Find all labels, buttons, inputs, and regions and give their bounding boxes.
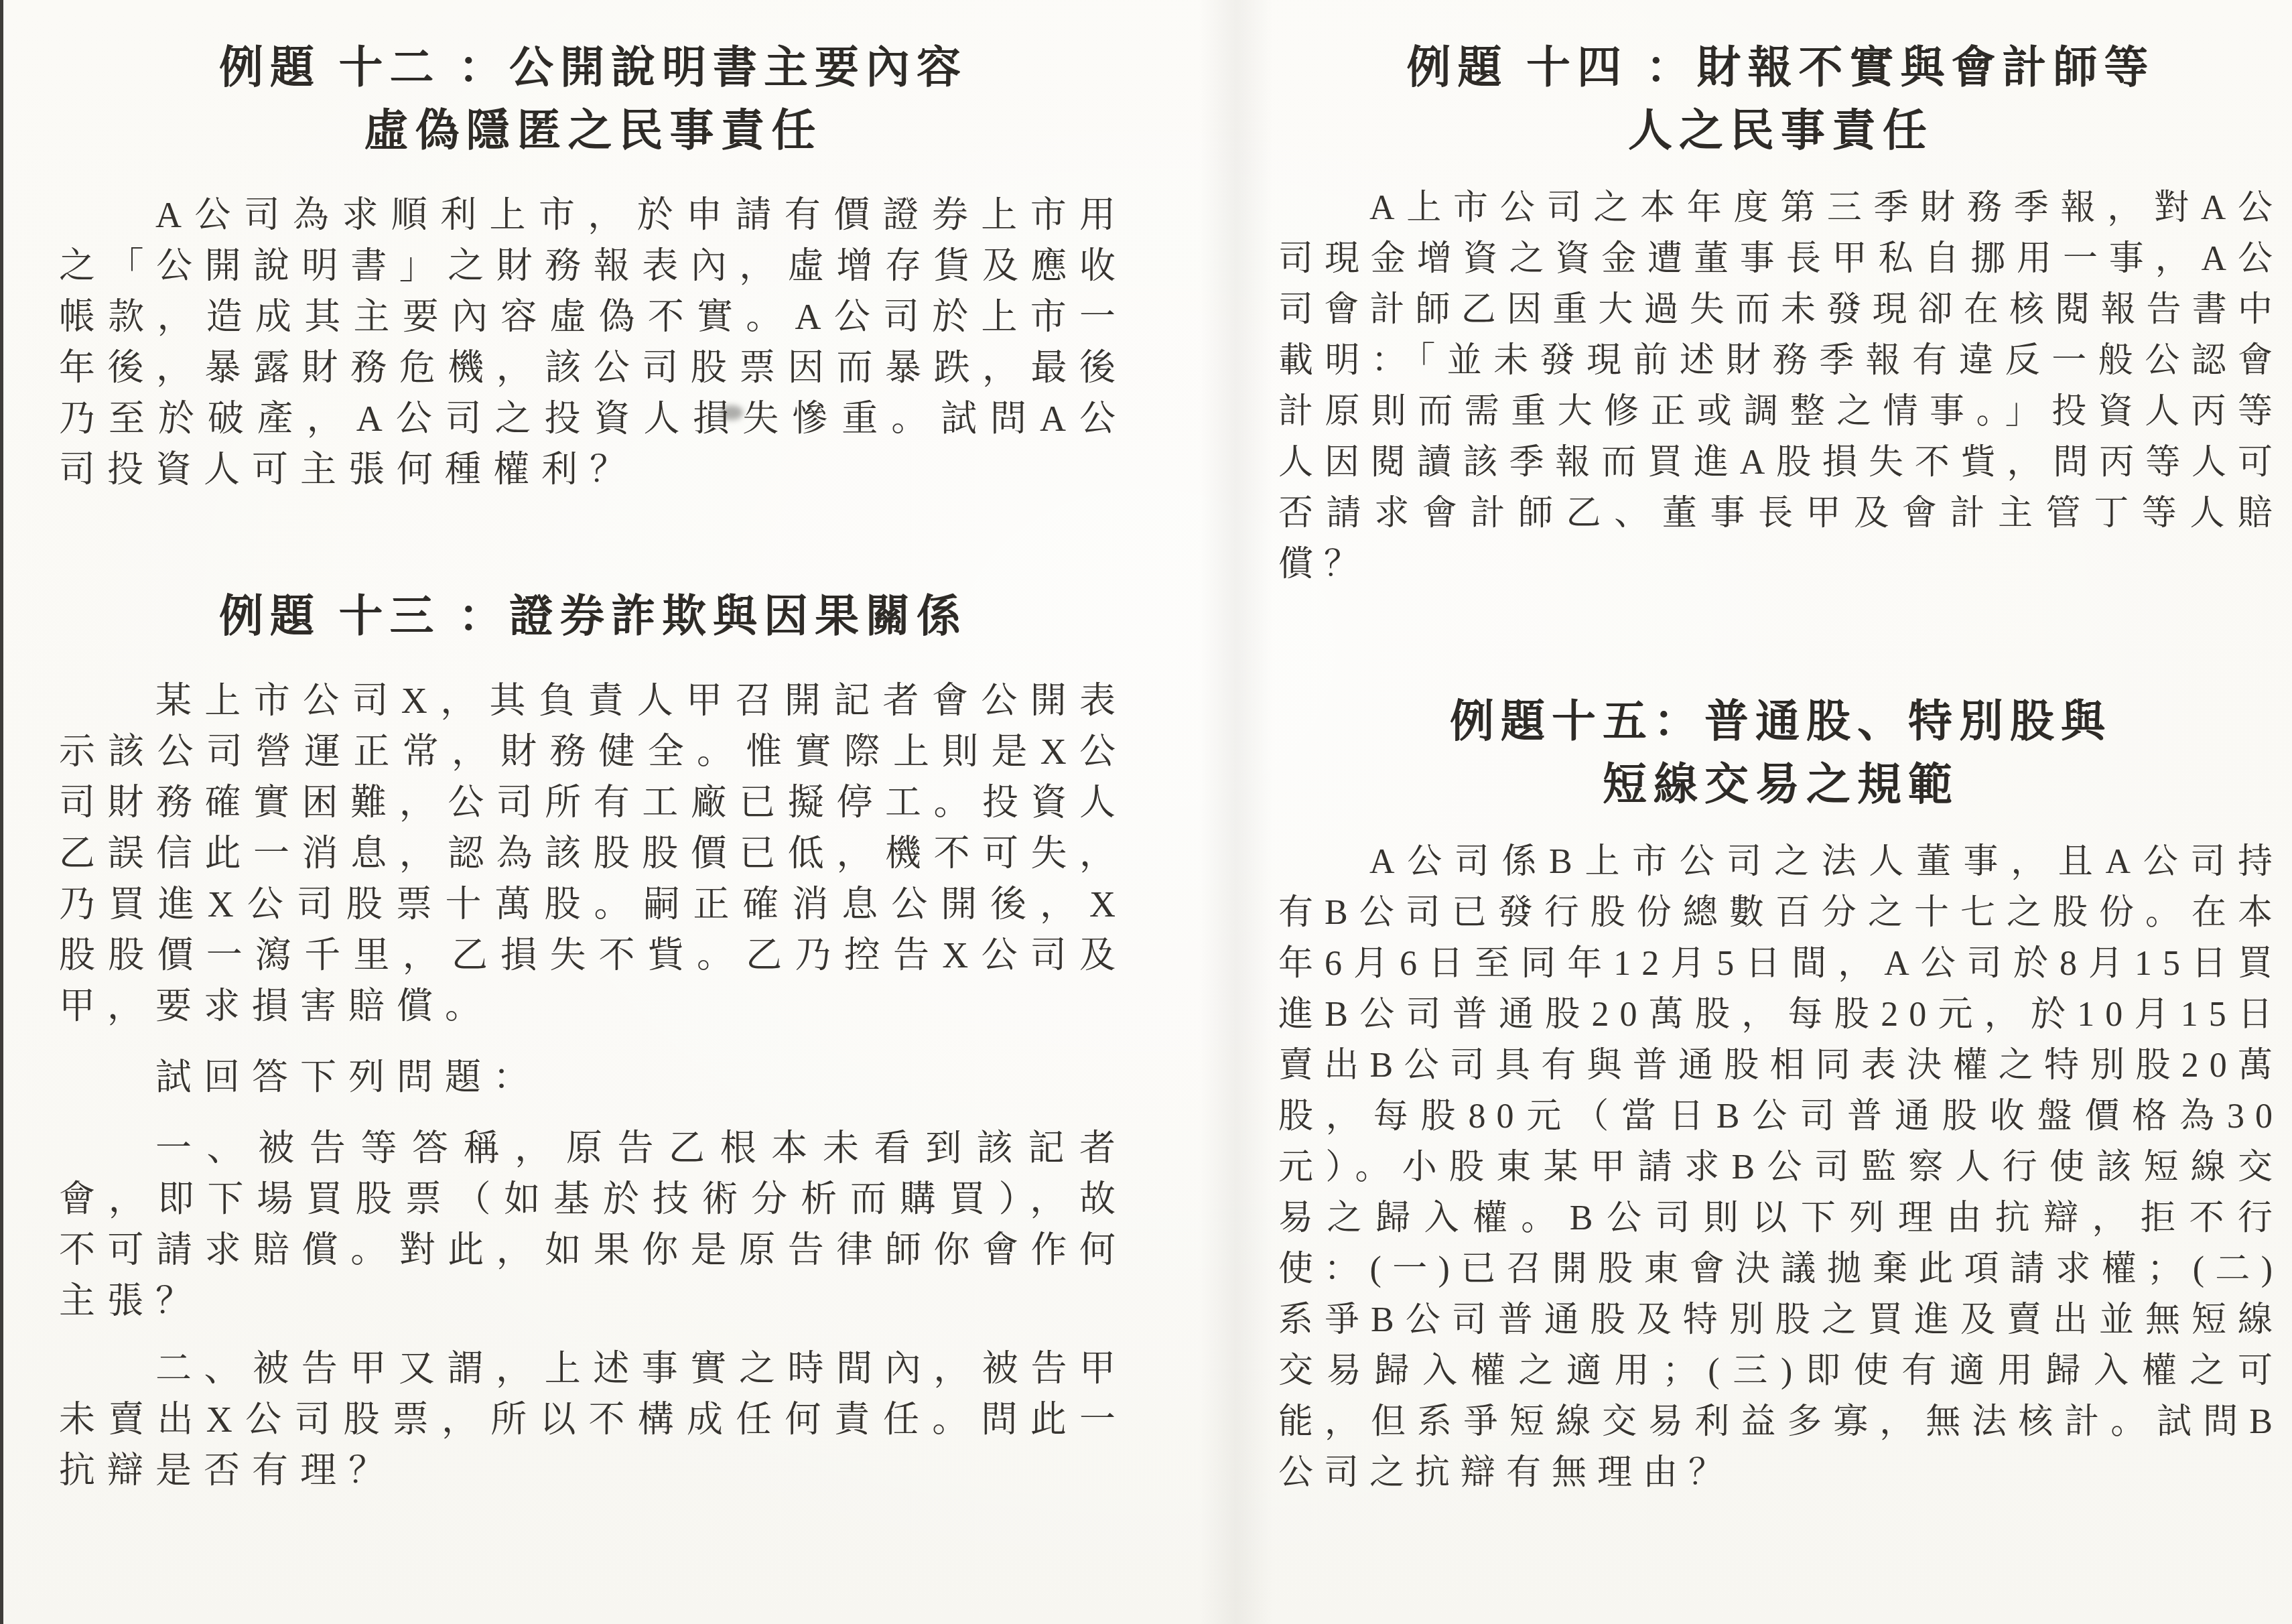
example-12-body: A公司為求順利上市，於申請有價證券上市用之「公開說明書」之財務報表內，虛增存貨及…: [59, 190, 1128, 495]
example-13-title: 例題 十三 ：證券詐欺與因果關係: [59, 586, 1128, 649]
scan-edge-artifact: [0, 0, 3, 1624]
example-12-title-line1: 例題 十二 ：公開說明書主要內容: [59, 37, 1128, 100]
example-13-question-2: 二、被告甲又謂，上述事實之時間內，被告甲未賣出X公司股票，所以不構成任何責任。問…: [59, 1343, 1128, 1496]
example-13-question-1: 一、被告等答稱，原告乙根本未看到該記者會，即下場買股票（如基於技術分析而購買），…: [59, 1123, 1128, 1327]
left-page: 例題 十二 ：公開說明書主要內容 虛偽隱匿之民事責任 A公司為求順利上市，於申請…: [59, 37, 1128, 1496]
right-page: 例題 十四 ：財報不實與會計師等 人之民事責任 A上市公司之本年度第三季財務季報…: [1278, 37, 2283, 1499]
example-15-title-line2: 短線交易之規範: [1278, 754, 2283, 817]
example-13-body: 某上市公司X，其負責人甲召開記者會公開表示該公司營運正常，財務健全。惟實際上則是…: [59, 675, 1128, 1032]
example-14-title-line2: 人之民事責任: [1278, 100, 2283, 163]
example-12-title-line2: 虛偽隱匿之民事責任: [59, 100, 1128, 163]
example-14-title-line1: 例題 十四 ：財報不實與會計師等: [1278, 37, 2283, 100]
page-gutter-shadow: [1199, 0, 1273, 1624]
example-15-body: A公司係B上市公司之法人董事，且A公司持有B公司已發行股份總數百分之十七之股份。…: [1278, 837, 2283, 1499]
example-14-body: A上市公司之本年度第三季財務季報，對A公司現金增資之資金遭董事長甲私自挪用一事，…: [1278, 183, 2283, 590]
example-13-question-prompt: 試回答下列問題：: [59, 1052, 1128, 1103]
example-15-title-line1: 例題十五：普通股、特別股與: [1278, 691, 2283, 754]
scanned-textbook-spread: 例題 十二 ：公開說明書主要內容 虛偽隱匿之民事責任 A公司為求順利上市，於申請…: [0, 0, 2292, 1624]
